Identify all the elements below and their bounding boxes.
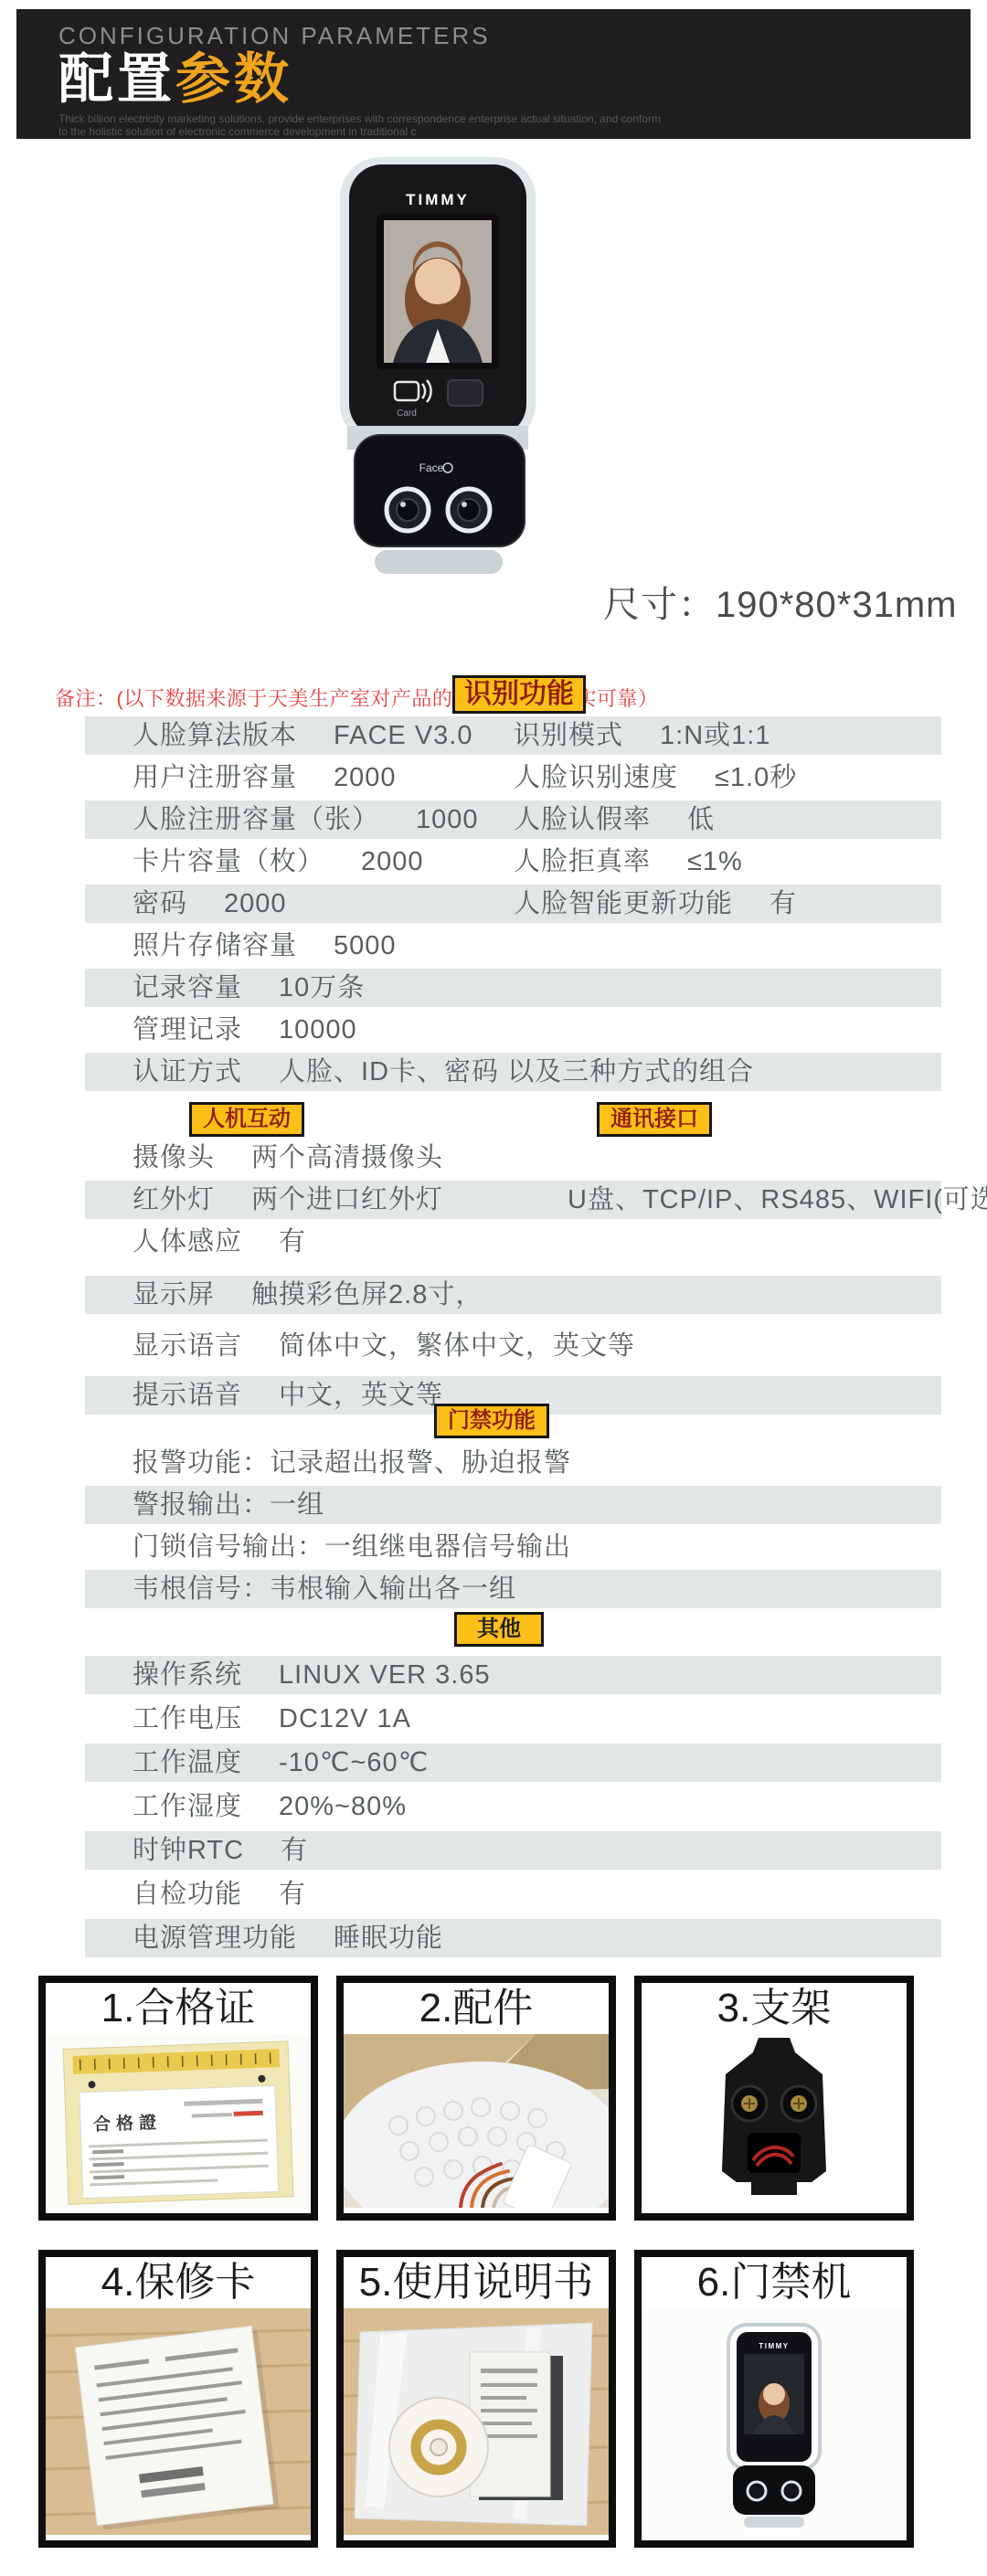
spec-label: 红外灯 (133, 1185, 215, 1214)
gallery-item-warranty-card: 4.保修卡 (38, 2250, 318, 2548)
spec-value: DC12V 1A (279, 1704, 411, 1733)
product-photo: TIMMY Card (331, 154, 546, 588)
spec-row: 显示语言简体中文，繁体中文，英文等 (85, 1327, 941, 1365)
spec-value: 有 (769, 889, 797, 918)
card-label: Card (397, 408, 417, 419)
spec-value: 2000 (334, 763, 397, 792)
gallery-title: 1.合格证 (46, 1983, 311, 2034)
spec-label: 提示语音 (133, 1381, 242, 1410)
spec-label: 密码 (133, 889, 187, 918)
spec-label: 工作湿度 (133, 1792, 242, 1821)
spec-value: 10000 (279, 1015, 357, 1044)
device-foot (375, 550, 503, 574)
spec-row: 工作湿度20%~80% (85, 1787, 941, 1826)
header-tagline-line1: Thick billion electricity marketing solu… (58, 112, 971, 125)
spec-row: 警报输出：一组 (85, 1486, 941, 1524)
header-kicker: CONFIGURATION PARAMETERS (58, 22, 971, 50)
spec-row: 报警功能：记录超出报警、胁迫报警 (85, 1444, 941, 1482)
gallery-title: 5.使用说明书 (344, 2257, 609, 2308)
spec-row: 显示屏触摸彩色屏2.8寸， (85, 1276, 941, 1314)
spec-value: 1000 (416, 805, 479, 834)
bracket-photo (642, 2034, 907, 2208)
spec-label: 认证方式 (133, 1057, 242, 1087)
camera-lens-left (387, 489, 429, 531)
cd-disc (389, 2398, 488, 2496)
spec-row: 工作电压DC12V 1A (85, 1700, 941, 1738)
spec-value: ≤1.0秒 (715, 763, 797, 792)
badge-access-control: 门禁功能 (434, 1404, 549, 1438)
gallery-title: 3.支架 (642, 1983, 907, 2034)
spec-text: 报警功能：记录超出报警、胁迫报警 (133, 1448, 571, 1478)
spec-label: 显示语言 (133, 1331, 242, 1361)
spec-value: LINUX VER 3.65 (279, 1660, 491, 1690)
portrait-face (415, 259, 461, 304)
accessories-photo (344, 2034, 609, 2208)
spec-value: U盘、TCP/IP、RS485、WIFI(可选) (568, 1181, 987, 1219)
access-device-photo: TIMMY (642, 2308, 907, 2535)
spec-value: -10℃~60℃ (279, 1748, 429, 1777)
badge-recognition: 识别功能 (452, 675, 586, 714)
page-title: 配置参数 (58, 52, 971, 107)
page-title-main: 配置 (58, 48, 175, 110)
spec-value: 20%~80% (279, 1792, 407, 1821)
spec-row: 照片存储容量5000 (85, 927, 941, 965)
camera-lens-right (448, 489, 490, 531)
spec-value: 有 (279, 1227, 306, 1256)
gallery-item-access-device: 6.门禁机 TIMMY (634, 2250, 914, 2548)
brand-logo: TIMMY (406, 191, 470, 208)
spec-row: 摄像头两个高清摄像头 (85, 1139, 941, 1177)
face-label: Face (419, 461, 444, 474)
spec-label: 记录容量 (133, 973, 242, 1002)
page-title-accent: 参数 (175, 48, 292, 110)
warranty-card-photo (46, 2308, 311, 2535)
spec-label: 时钟RTC (133, 1836, 244, 1865)
spec-label: 人脸拒真率 (514, 847, 651, 876)
badge-other: 其他 (454, 1612, 544, 1647)
spec-value: 10万条 (279, 973, 365, 1002)
spec-label: 显示屏 (133, 1280, 215, 1309)
spec-row: 操作系统LINUX VER 3.65 (85, 1656, 941, 1694)
dimensions-text: 尺寸：190*80*31mm (603, 576, 958, 628)
device-screen (377, 214, 499, 369)
spec-value: FACE V3.0 (334, 721, 472, 750)
spec-value: ≤1% (687, 847, 743, 876)
spec-row: 红外灯两个进口红外灯 U盘、TCP/IP、RS485、WIFI(可选) (85, 1181, 941, 1219)
spec-row: 卡片容量（枚）2000 人脸拒真率≤1% (85, 843, 941, 881)
spec-row: 电源管理功能睡眠功能 (85, 1919, 941, 1957)
spec-value: 中文，英文等 (279, 1381, 443, 1410)
spec-row: 管理记录10000 (85, 1011, 941, 1049)
spec-label: 人体感应 (133, 1227, 242, 1256)
spec-label: 电源管理功能 (133, 1924, 297, 1953)
spec-label: 人脸智能更新功能 (514, 889, 733, 918)
device-base: Face (347, 426, 528, 574)
spec-text: 门锁信号输出：一组继电器信号输出 (133, 1532, 571, 1562)
badge-comm: 通讯接口 (597, 1102, 712, 1137)
spec-label: 人脸算法版本 (133, 721, 297, 750)
spec-row: 密码2000 人脸智能更新功能有 (85, 885, 941, 923)
spec-label: 摄像头 (133, 1143, 215, 1172)
gallery-title: 6.门禁机 (642, 2257, 907, 2308)
spec-label: 工作电压 (133, 1704, 242, 1733)
header-banner: CONFIGURATION PARAMETERS 配置参数 Thick bill… (16, 9, 971, 139)
spec-text: 警报输出：一组 (133, 1490, 324, 1520)
spec-label: 识别模式 (514, 721, 623, 750)
spec-row: 人体感应有 (85, 1223, 941, 1261)
spec-value: 人脸、ID卡、密码 以及三种方式的组合 (279, 1057, 754, 1087)
spec-row: 用户注册容量2000 人脸识别速度≤1.0秒 (85, 758, 941, 797)
spec-text: 韦根信号：韦根输入输出各一组 (133, 1574, 516, 1604)
gallery-item-user-manual: 5.使用说明书 (336, 2250, 616, 2548)
spec-value: 1:N或1:1 (660, 721, 770, 750)
spec-row: 人脸注册容量（张）1000 人脸认假率低 (85, 800, 941, 839)
spec-value: 有 (281, 1836, 308, 1865)
spec-row: 韦根信号：韦根输入输出各一组 (85, 1570, 941, 1608)
spec-row: 认证方式人脸、ID卡、密码 以及三种方式的组合 (85, 1053, 941, 1091)
spec-value: 睡眠功能 (334, 1924, 443, 1953)
spec-value: 两个高清摄像头 (251, 1143, 443, 1172)
spec-value: 简体中文，繁体中文，英文等 (279, 1331, 635, 1361)
mini-brand-logo: TIMMY (759, 2342, 789, 2350)
spec-value: 2000 (224, 889, 287, 918)
user-manual-photo (344, 2308, 609, 2535)
spec-row: 记录容量10万条 (85, 969, 941, 1007)
spec-value: 两个进口红外灯 (251, 1185, 443, 1214)
spec-label: 人脸认假率 (514, 805, 651, 834)
header-tagline-line2: to the holistic solution of electronic c… (58, 125, 971, 138)
spec-row: 工作温度-10℃~60℃ (85, 1744, 941, 1782)
page: CONFIGURATION PARAMETERS 配置参数 Thick bill… (0, 0, 987, 2576)
spec-row: 时钟RTC有 (85, 1831, 941, 1870)
spec-row: 门锁信号输出：一组继电器信号输出 (85, 1528, 941, 1566)
spec-value: 有 (279, 1880, 306, 1909)
spec-label: 操作系统 (133, 1660, 242, 1690)
certificate-title: 合格證 (93, 2112, 163, 2136)
spec-label: 照片存储容量 (133, 931, 297, 960)
access-control-device-image: TIMMY Card (331, 154, 546, 588)
sensor-window (448, 380, 483, 406)
mount-hole-right (781, 2086, 816, 2121)
gallery-item-accessories: 2.配件 (336, 1976, 616, 2221)
spec-label: 管理记录 (133, 1015, 242, 1044)
gallery-item-certificate: 1.合格证 合格證 (38, 1976, 318, 2221)
spec-label: 用户注册容量 (133, 763, 297, 792)
spec-value: 触摸彩色屏2.8寸， (251, 1280, 483, 1309)
spec-value: 2000 (361, 847, 424, 876)
badge-interaction: 人机互动 (189, 1102, 304, 1137)
spec-row: 自检功能有 (85, 1875, 941, 1913)
header-tagline: Thick billion electricity marketing solu… (58, 112, 971, 138)
spec-value: 5000 (334, 931, 397, 960)
mount-hole-left (732, 2086, 767, 2121)
spec-label: 人脸注册容量（张） (133, 805, 379, 834)
spec-label: 人脸识别速度 (514, 763, 678, 792)
certificate-photo: 合格證 (46, 2034, 311, 2208)
spec-label: 自检功能 (133, 1880, 242, 1909)
spec-value: 低 (687, 805, 715, 834)
gallery-title: 4.保修卡 (46, 2257, 311, 2308)
spec-label: 工作温度 (133, 1748, 242, 1777)
gallery-title: 2.配件 (344, 1983, 609, 2034)
gallery-item-bracket: 3.支架 (634, 1976, 914, 2221)
spec-row: 人脸算法版本FACE V3.0 识别模式1:N或1:1 (85, 716, 941, 755)
spec-label: 卡片容量（枚） (133, 847, 324, 876)
